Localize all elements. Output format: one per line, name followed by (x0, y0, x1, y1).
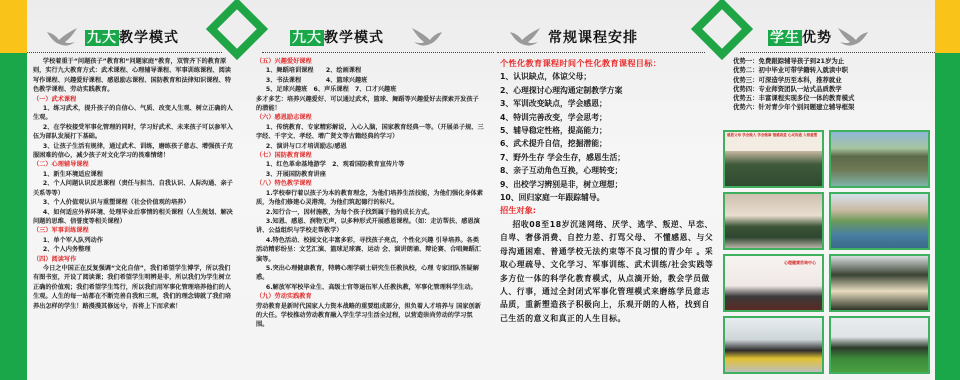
yellow-block (935, 0, 960, 53)
advantage-item: 优势四：专业师资团队一站式品质教学 (733, 85, 854, 94)
counseling-center-photo: 心理健康咨询中心 (723, 254, 824, 312)
recruit-paragraph: 招收08至18岁沉迷网络、厌学、逃学、叛逆、早恋、自卑、奢侈消费、自控力差、打骂… (500, 218, 715, 325)
dove-icon (410, 28, 444, 48)
advantage-item: 优势二：初中毕业可带学籍转入就读中职 (733, 66, 854, 75)
item: 多才多艺：培养兴趣爱好、可以通过武术，篮球、舞蹈等兴趣爱好去探索开发孩子的潜能！ (256, 95, 484, 114)
field-training-photo (829, 316, 930, 374)
goal-heading: 个性化教育课程时间个性化教育课程目标： (500, 57, 715, 70)
item: 3.知恩、感恩、润物无声，以多种形式开展感恩课程。（如：走访帮扶、感恩演讲、公益… (256, 217, 484, 236)
panel-title: 学生优势 (768, 27, 832, 47)
campus-aerial-photo (829, 192, 930, 250)
item: 1、新生环境适应课程 (33, 170, 233, 179)
panel-body: 学校着重于“问题孩子”教育和“问题家庭”教育，双管齐下的教育原则，实行九大教育方… (33, 57, 233, 311)
item: 3、开展国防教育讲座 (256, 170, 484, 179)
advantages-list: 优势一：免费跟踪辅导孩子到21岁为止 优势二：初中毕业可带学籍转入就读中职 优势… (733, 57, 854, 113)
dotted-divider (740, 52, 935, 53)
section-heading: （一）武术课程 (33, 95, 233, 104)
list-item: 5、辅导稳定性格，提高能力； (500, 124, 715, 137)
item: 2、在学校接受军事化管理的同时，学习好武术、未来孩子可以参军入伍为部队发展打下基… (33, 123, 233, 142)
dove-icon (508, 28, 542, 48)
advantage-item: 优势六：针对青少年个别问题建立辅导框架 (733, 103, 854, 112)
lecture-hall-photo (723, 316, 824, 374)
left-color-bar (0, 0, 27, 380)
item: 2.知行合一，因材施教，为每个孩子找到属于他的成长方式。 (256, 208, 484, 217)
panel-body: （五）兴趣爱好课程 1、舞蹈培训课程 2、绘画课程 3、书法课程 4、篮球兴趣班… (256, 57, 484, 330)
panel-title: 常规课程安排 (548, 27, 638, 47)
yellow-block (0, 0, 27, 53)
item: 2、个人内务整理 (33, 245, 233, 254)
drill-training-photo (829, 130, 930, 188)
list-item: 9、出校学习辨别是非，树立理想； (500, 178, 715, 191)
group-photo-uniform: 感恩父母 学会做人 学会做事 情感真爱 心灵沟通 人格重塑 (723, 130, 824, 188)
section-heading: （四）阅读写作 (33, 255, 233, 264)
intro-paragraph: 学校着重于“问题孩子”教育和“问题家庭”教育，双管齐下的教育原则，实行九大教育方… (33, 57, 233, 95)
item: 今日之中国正在反复强调“文化自信”，我们希望学生博学，所以我们有图书室，开设了阅… (33, 264, 233, 311)
section-heading: （五）兴趣爱好课程 (256, 57, 484, 66)
section-heading: （九）劳动实践教育 (256, 292, 484, 301)
photo-grid: 感恩父母 学会做人 学会做事 情感真爱 心灵沟通 人格重塑 心理健康咨询中心 (723, 130, 933, 374)
list-item: 8、亲子互动角色互换，心理转变； (500, 164, 715, 177)
panel-header: 学生优势 (768, 24, 832, 50)
dove-icon (836, 28, 870, 48)
item: 3、个人价值观认识与重塑课程（社会价值观的培养） (33, 198, 233, 207)
panel-title: 九大教学模式 (85, 27, 179, 47)
list-item: 10、回归家庭一年跟踪辅导。 (500, 191, 715, 204)
item: 劳动教育是新时代国家人力资本战略的重要组成部分，担负着人才培养与 国家创新的大任… (256, 302, 484, 330)
panel-header: 九大教学模式 (85, 24, 179, 50)
panel-header: 九大教学模式 (290, 24, 384, 50)
section-heading: （三）军事训练课程 (33, 226, 233, 235)
list-item: 7、野外生存 学会生存，感恩生活； (500, 151, 715, 164)
dotted-divider (262, 52, 494, 53)
advantage-item: 优势三：可深造学历至本科，推荐就业 (733, 76, 854, 85)
advantage-item: 优势一：免费跟踪辅导孩子到21岁为止 (733, 57, 854, 66)
list-item: 1、认识缺点，体谅父母； (500, 70, 715, 83)
item: 1、单个军人队列动作 (33, 236, 233, 245)
item: 1、舞蹈培训课程 2、绘画课程 (256, 66, 484, 75)
item: 5.突出心理健康教育，特聘心理学硕士研究生任教执校，心理 专家团队答疑解惑。 (256, 264, 484, 283)
photo-banner: 感恩父母 学会做人 学会做事 情感真爱 心灵沟通 人格重塑 (725, 132, 822, 139)
item: 4.特色活动、校园文化丰富多彩，寻找孩子亮点，个性化兴趣 引导培养。各类活动精彩… (256, 236, 484, 264)
list-item: 4、特训完善改变，学会思考； (500, 111, 715, 124)
right-color-bar (935, 0, 960, 380)
green-block (0, 53, 27, 380)
panel-header: 常规课程安排 (548, 24, 638, 50)
section-heading: （八）特色教学课程 (256, 179, 484, 188)
course-goal-list: 个性化教育课程时间个性化教育课程目标： 1、认识缺点，体谅父母； 2、心理探讨心… (500, 57, 715, 325)
marching-photo (723, 192, 824, 250)
list-item: 6、武术提升自信，挖掘潜能； (500, 137, 715, 150)
item: 6.解放军军校毕业生、高级士官等退伍军人任教执教，军事化管理科学生动。 (256, 283, 484, 292)
classroom-study-photo (829, 254, 930, 312)
item: 1、红色革命基地游学 2、观看国防教育宣传片等 (256, 160, 484, 169)
item: 3、让孩子生活有规律，通过武术、训练，磨练孩子意志、增强孩子克服困难的信心，减少… (33, 142, 233, 161)
list-item: 2、心理探讨心理沟通定制教学方案 (500, 84, 715, 97)
item: 2、个人问题认识反思课程（责任与担当、自我认识、人际沟通、亲子关系等等） (33, 179, 233, 198)
list-item: 3、军训改变缺点，学会感恩； (500, 97, 715, 110)
item: 1、练习武术，提升孩子的自信心、气质、改变人生观、树立正确的人生观。 (33, 104, 233, 123)
item: 1、传统教育、专家精彩解说，入心入脑，国家教育经典一等。（开展弟子规、三字经、千… (256, 123, 484, 142)
item: 2、演讲与口才培训励志/感恩 (256, 142, 484, 151)
item: 4、如何适应外界环境、处理毕业后事情的相关课程（人生规划、解决问题的思维、信誉度… (33, 208, 233, 227)
item: 1.学校奉行着以孩子为本的教育理念，为他们培养生活技能，为他们强化身体素质，为他… (256, 189, 484, 208)
panel-title: 九大教学模式 (290, 27, 384, 47)
dotted-divider (27, 52, 222, 53)
item: 3、书法课程 4、篮球兴趣班 (256, 76, 484, 85)
dotted-divider (497, 52, 705, 53)
item: 5、足球兴趣班 6、声乐课程 7、口才兴趣班 (256, 85, 484, 94)
photo-banner: 心理健康咨询中心 (725, 256, 822, 270)
section-heading: （二）心理辅导课程 (33, 160, 233, 169)
dove-icon (45, 28, 79, 48)
green-block (935, 53, 960, 380)
section-heading: （六）感恩励志课程 (256, 113, 484, 122)
recruit-heading: 招生对象: (500, 204, 715, 217)
section-heading: （七）国防教育课程 (256, 151, 484, 160)
